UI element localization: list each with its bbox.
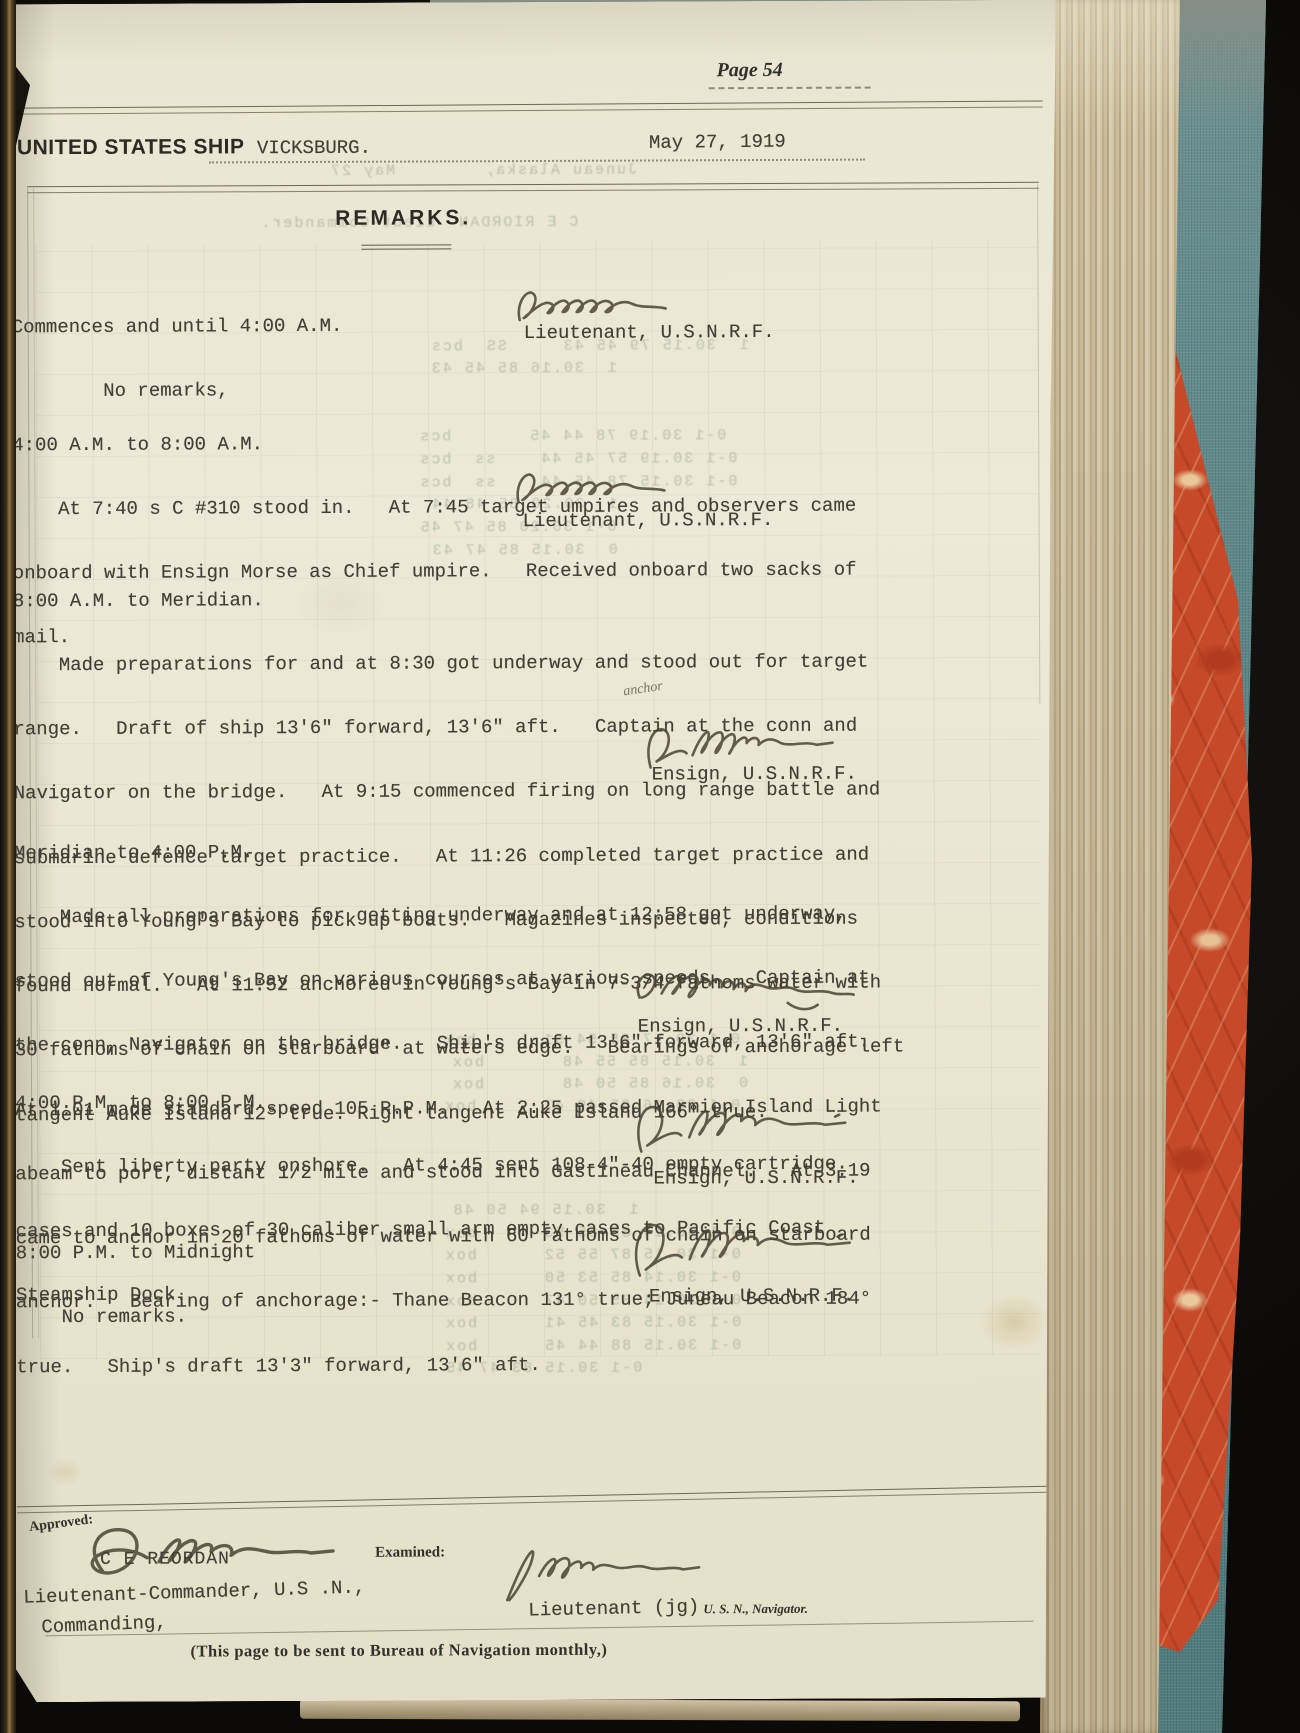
remarks-heading: REMARKS. xyxy=(335,206,471,231)
signature-rank: Ensign, U.S.N.R.F. xyxy=(653,1167,858,1190)
log-page: Juneau Alaska, May 27 C E RIORDAN Lieut-… xyxy=(8,0,1067,1702)
entry-period: 8:00 A.M. to Meridian. xyxy=(13,587,902,612)
entry-period: 8:00 P.M. to Midnight xyxy=(16,1242,256,1264)
lower-page-edge xyxy=(300,1699,1020,1722)
footer-rule xyxy=(17,1486,1051,1514)
bleedthrough-text: 1 30.16 85 45 43 xyxy=(430,360,617,378)
entry-period: Meridian to 4:00 P.M. xyxy=(14,839,881,864)
examined-label: Examined: xyxy=(375,1544,445,1561)
signature-rank: Ensign, U.S.N.R.F. xyxy=(652,763,857,786)
page-number-underline xyxy=(709,63,871,90)
header-rule xyxy=(27,182,1039,193)
signature-stroke xyxy=(625,1093,875,1164)
approved-name: C E REORDAN xyxy=(100,1549,230,1570)
signature-rank: Lieutenant, U.S.N.R.F. xyxy=(523,509,774,532)
ship-name-value: VICKSBURG. xyxy=(257,137,371,159)
signature: R. P. Moisat xyxy=(622,1209,872,1295)
remarks-underline xyxy=(361,244,451,249)
right-margin-line xyxy=(1037,184,1040,704)
signature-rank: Lieutenant, U.S.N.R.F. xyxy=(524,321,775,344)
examined-branch: U. S. N., Navigator. xyxy=(703,1601,808,1617)
footer-rule-thin xyxy=(45,1621,1033,1637)
signature-rank: Ensign, U.S.N.R.F. xyxy=(649,1285,854,1308)
signature-stroke xyxy=(622,1209,872,1290)
log-entry: 8:00 P.M. to Midnight No remarks. xyxy=(16,1199,256,1371)
entry-line: Made preparations for and at 8:30 got un… xyxy=(13,651,902,676)
entry-line: Made all preparations for getting underw… xyxy=(14,904,881,929)
book-gutter xyxy=(0,0,16,1733)
entry-line: No remarks. xyxy=(16,1306,256,1328)
entry-period: 4:00 A.M. to 8:00 A.M. xyxy=(12,431,856,456)
book-scan-scene: Juneau Alaska, May 27 C E RIORDAN Lieut-… xyxy=(0,0,1300,1733)
bottom-note: (This page to be sent to Bureau of Navig… xyxy=(190,1640,607,1662)
entry-period: Commences and until 4:00 A.M. xyxy=(12,316,343,339)
bleedthrough-text: Juneau Alaska, May 27 xyxy=(329,162,637,180)
signature: R. P. Moisat xyxy=(625,1093,875,1169)
signature-rank: Ensign, U.S.N.R.F. xyxy=(638,1015,843,1038)
examined-rank: Lieutenant (jg) xyxy=(528,1596,699,1622)
log-date: May 27, 1919 xyxy=(649,131,786,154)
header-rule xyxy=(17,100,1043,114)
